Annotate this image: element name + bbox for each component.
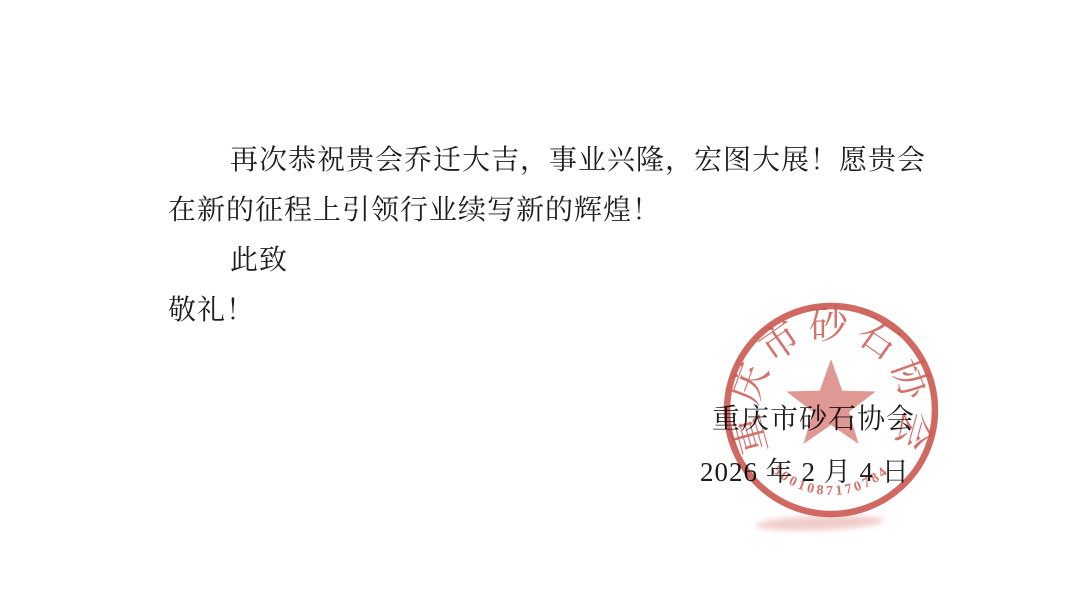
seal-code: 5001087170784: [769, 463, 892, 499]
star-icon: [786, 359, 875, 444]
closing-cizhi: 此致: [168, 236, 958, 286]
body-line-1: 再次恭祝贵会乔迁大吉，事业兴隆，宏图大展！愿贵会: [168, 136, 958, 186]
letter-page: 再次恭祝贵会乔迁大吉，事业兴隆，宏图大展！愿贵会 在新的征程上引领行业续写新的辉…: [0, 0, 1080, 604]
body-line-2: 在新的征程上引领行业续写新的辉煌！: [168, 186, 958, 236]
official-seal: 重庆市砂石协会 5001087170784: [723, 302, 939, 518]
